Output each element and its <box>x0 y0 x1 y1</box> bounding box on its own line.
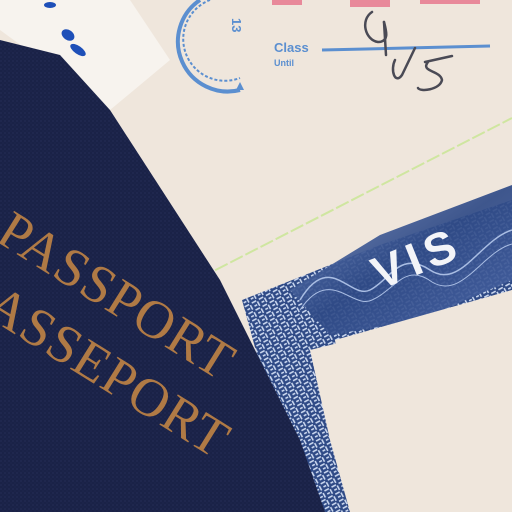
scene-svg: 13 Class Until VIS <box>0 0 512 512</box>
photo-scene: 13 Class Until VIS <box>0 0 512 512</box>
stamp-number: 13 <box>229 18 244 32</box>
stamp-until-label: Until <box>274 58 294 68</box>
stamp-class-label: Class <box>274 40 309 55</box>
